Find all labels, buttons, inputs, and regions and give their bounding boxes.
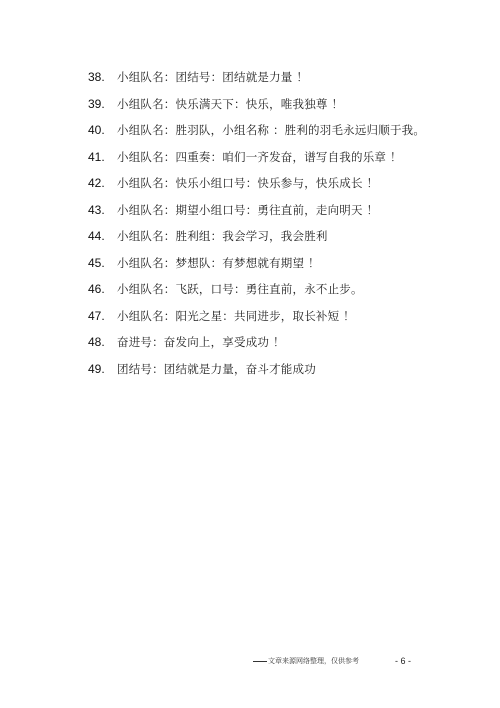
page-number: - 6 - [395, 656, 411, 666]
item-number: 49. [88, 362, 117, 376]
item-number: 45. [88, 256, 117, 270]
item-number: 38. [88, 70, 117, 84]
list-item: 49. 团结号：团结就是力量，奋斗才能成功 [88, 356, 488, 383]
footer-dash-rule [253, 661, 267, 662]
list-item: 46. 小组队名：飞跃，口号：勇往直前，永不止步。 [88, 276, 488, 303]
item-number: 47. [88, 309, 117, 323]
item-text: 小组队名：团结号：团结就是力量 ！ [117, 69, 308, 85]
item-text: 小组队名：四重奏：咱们一齐发奋，谱写自我的乐章 ！ [117, 149, 402, 165]
item-number: 43. [88, 203, 117, 217]
slogan-list: 38. 小组队名：团结号：团结就是力量 ！ 39. 小组队名：快乐满天下：快乐，… [88, 64, 488, 382]
item-text: 小组队名：快乐小组口号：快乐参与，快乐成长 ！ [117, 175, 378, 191]
item-number: 44. [88, 229, 117, 243]
list-item: 38. 小组队名：团结号：团结就是力量 ！ [88, 64, 488, 91]
item-text: 小组队名：期望小组口号：勇往直前，走向明天 ！ [117, 202, 378, 218]
item-text: 团结号：团结就是力量，奋斗才能成功 [117, 361, 316, 377]
list-item: 40. 小组队名：胜羽队，小组名称 ：胜利的羽毛永远归顺于我。 [88, 117, 488, 144]
list-item: 45. 小组队名：梦想队：有梦想就有期望 ！ [88, 250, 488, 277]
list-item: 48. 奋进号：奋发向上，享受成功 ！ [88, 329, 488, 356]
document-page: 38. 小组队名：团结号：团结就是力量 ！ 39. 小组队名：快乐满天下：快乐，… [0, 0, 500, 708]
list-item: 44. 小组队名：胜利组：我会学习，我会胜利 [88, 223, 488, 250]
item-text: 小组队名：胜利组：我会学习，我会胜利 [117, 228, 328, 244]
item-number: 39. [88, 97, 117, 111]
item-number: 40. [88, 123, 117, 137]
footer-source-note: 文章来源网络整理，仅供参考 [268, 656, 359, 666]
list-item: 43. 小组队名：期望小组口号：勇往直前，走向明天 ！ [88, 197, 488, 224]
item-text: 小组队名：飞跃，口号：勇往直前，永不止步。 [117, 281, 363, 297]
list-item: 42. 小组队名：快乐小组口号：快乐参与，快乐成长 ！ [88, 170, 488, 197]
item-text: 奋进号：奋发向上，享受成功 ！ [117, 334, 285, 350]
list-item: 47. 小组队名：阳光之星：共同进步，取长补短 ！ [88, 303, 488, 330]
list-item: 39. 小组队名：快乐满天下：快乐，唯我独尊 ！ [88, 91, 488, 118]
item-text: 小组队名：阳光之星：共同进步，取长补短 ！ [117, 308, 355, 324]
item-number: 41. [88, 150, 117, 164]
item-number: 42. [88, 176, 117, 190]
item-text: 小组队名：胜羽队，小组名称 ：胜利的羽毛永远归顺于我。 [117, 122, 425, 138]
item-text: 小组队名：梦想队：有梦想就有期望 ！ [117, 255, 320, 271]
item-text: 小组队名：快乐满天下：快乐，唯我独尊 ！ [117, 96, 343, 112]
item-number: 46. [88, 282, 117, 296]
list-item: 41. 小组队名：四重奏：咱们一齐发奋，谱写自我的乐章 ！ [88, 144, 488, 171]
item-number: 48. [88, 335, 117, 349]
page-footer: 文章来源网络整理，仅供参考 - 6 - [253, 656, 411, 666]
